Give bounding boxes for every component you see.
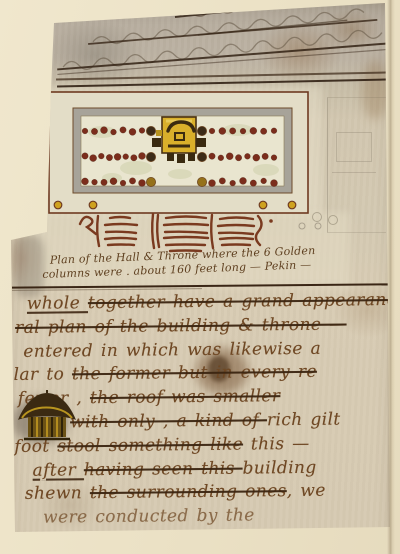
column-dot (197, 126, 206, 135)
column-dot (288, 201, 296, 209)
column-dot (89, 201, 97, 209)
photographed-manuscript: Plan of the Hall & Throne where the 6 Go… (0, 0, 400, 554)
plan-drawing (40, 86, 370, 264)
column-dot (146, 126, 155, 135)
column-dot (120, 127, 126, 133)
column-dot (98, 153, 104, 159)
column-dot (197, 177, 206, 186)
column-dot (253, 154, 260, 161)
column-dot (111, 129, 117, 135)
column-dot (219, 128, 226, 135)
column-dot (230, 180, 236, 186)
manuscript-page: Plan of the Hall & Throne where the 6 Go… (0, 0, 400, 554)
column-dot (209, 128, 215, 134)
column-dot (82, 153, 88, 159)
column-dot (240, 128, 246, 134)
column-dot (146, 177, 155, 186)
column-dot (226, 153, 233, 160)
column-dot (262, 153, 268, 159)
column-dot (235, 155, 241, 161)
mount-crease (387, 0, 395, 554)
column-dot (146, 152, 155, 161)
column-dot (139, 128, 145, 134)
column-dot (209, 180, 216, 187)
column-dot (90, 155, 97, 162)
column-dot (250, 180, 256, 186)
column-dot (129, 128, 136, 135)
column-dot (131, 155, 137, 161)
column-dot (139, 152, 146, 159)
column-dot (271, 180, 278, 187)
column-dot (92, 179, 98, 185)
column-dot (139, 179, 146, 186)
column-dot (271, 128, 277, 134)
manuscript-line: were conducted by the (15, 503, 389, 531)
column-dot (91, 128, 97, 134)
column-dot (229, 128, 235, 134)
column-dot (114, 153, 121, 160)
column-dot (54, 201, 62, 209)
column-dot (106, 154, 112, 160)
column-dot (271, 155, 277, 161)
column-dot (250, 127, 257, 134)
column-dot (261, 178, 267, 184)
column-dot (123, 154, 129, 160)
column-dot (101, 127, 108, 134)
manuscript-line: ral plan of the building & throne — (13, 313, 387, 341)
column-dot (240, 177, 247, 184)
column-dot (120, 180, 126, 186)
column-dot (197, 152, 206, 161)
ghost-marks (299, 223, 321, 229)
column-dot (110, 178, 117, 185)
column-dot (218, 155, 224, 161)
column-dot (129, 178, 135, 184)
faded-handwriting (46, 0, 394, 86)
column-dot (259, 201, 267, 209)
column-dot (260, 128, 266, 134)
column-dot (245, 153, 251, 159)
steps-sketch (80, 214, 273, 251)
column-dot (209, 153, 215, 159)
column-dot (219, 178, 225, 184)
column-dot (101, 179, 107, 185)
column-dot (82, 178, 89, 185)
pagoda-stool-sketch (14, 390, 82, 446)
column-dot (82, 128, 88, 134)
manuscript-line: whole together have a grand appearance (13, 289, 387, 317)
